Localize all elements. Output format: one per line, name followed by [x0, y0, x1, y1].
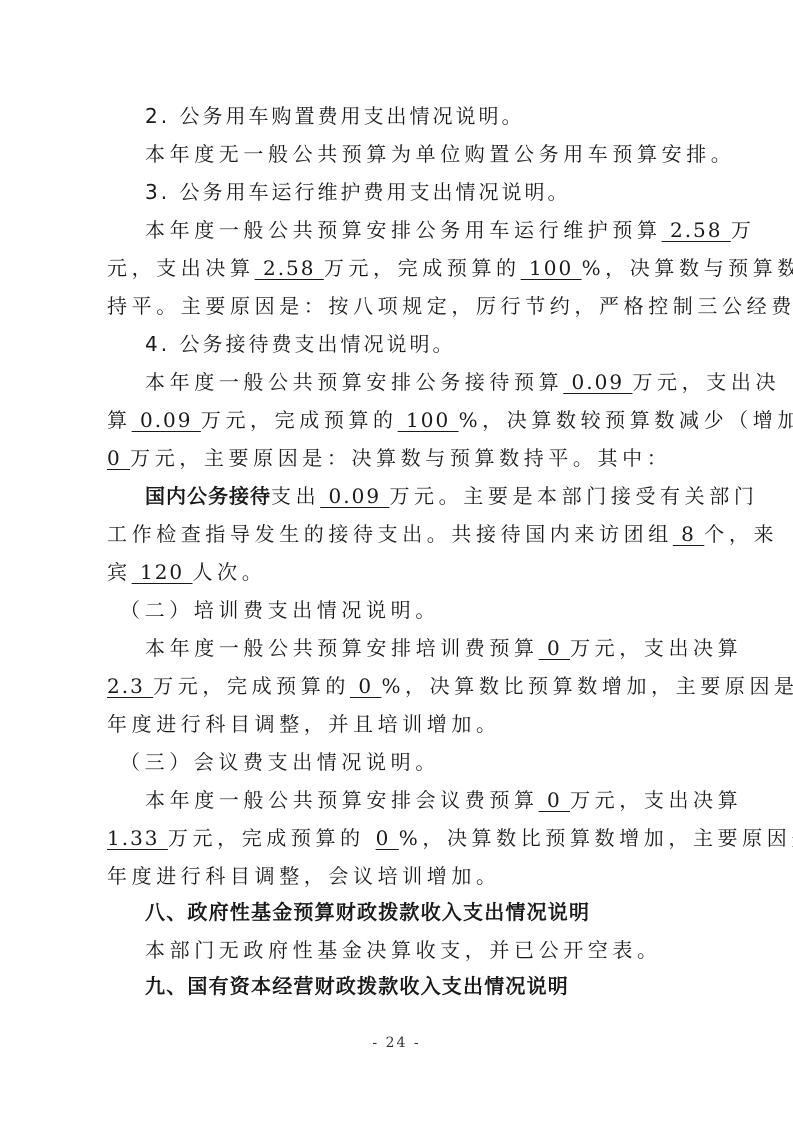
value-underlined: 100 — [398, 408, 459, 432]
text: 本年度一般公共预算安排公务接待预算 — [145, 370, 563, 394]
value-underlined: 0.09 — [320, 484, 389, 508]
value-underlined: 100 — [521, 256, 582, 280]
paragraph-line: 年度进行科目调整，并且培训增加。 — [107, 710, 707, 738]
paragraph-line: 本年度一般公共预算安排会议费预算 0 万元，支出决算 — [145, 786, 707, 814]
paragraph-line: 持平。主要原因是：按八项规定，厉行节约，严格控制三公经费。 — [107, 292, 707, 320]
paragraph-line: 0 万元，主要原因是：决算数与预算数持平。其中： — [107, 444, 707, 472]
paragraph-line: 国内公务接待支出 0.09 万元。主要是本部门接受有关部门 — [145, 482, 707, 510]
text: 万元，完成预算的 — [168, 826, 376, 850]
paragraph-line: 宾 120 人次。 — [107, 558, 707, 586]
value-underlined: 2.58 — [255, 256, 324, 280]
text: 人次。 — [193, 560, 267, 584]
paragraph-line: 本年度一般公共预算安排公务接待预算 0.09 万元，支出决 — [145, 368, 707, 396]
subheading-vehicle-maintenance: 3. 公务用车运行维护费用支出情况说明。 — [145, 178, 707, 206]
value-underlined: 0.09 — [563, 370, 632, 394]
document-page: 2. 公务用车购置费用支出情况说明。 本年度无一般公共预算为单位购置公务用车预算… — [0, 0, 793, 1122]
value-underlined: 2.58 — [662, 218, 731, 242]
paragraph-line: 2.3 万元，完成预算的 0 %，决算数比预算数增加，主要原因是： — [107, 672, 707, 700]
text: 万元，完成预算的 — [153, 674, 350, 698]
text: 万 — [731, 218, 756, 242]
bold-term: 国内公务接待 — [145, 484, 271, 508]
paragraph: 本年度无一般公共预算为单位购置公务用车预算安排。 — [145, 140, 707, 168]
subheading-meeting: （三）会议费支出情况说明。 — [120, 748, 720, 776]
value-underlined: 0 — [376, 826, 399, 850]
page-number: - 24 - — [0, 1035, 793, 1051]
paragraph-line: 本年度一般公共预算安排培训费预算 0 万元，支出决算 — [145, 634, 707, 662]
value-underlined: 0.09 — [132, 408, 201, 432]
paragraph-line: 算 0.09 万元，完成预算的 100 %，决算数较预算数减少（增加） — [107, 406, 707, 434]
paragraph-line: 元，支出决算 2.58 万元，完成预算的 100 %，决算数与预算数 — [107, 254, 707, 282]
value-underlined: 0 — [539, 788, 570, 812]
text: 万元，支出决算 — [570, 788, 742, 812]
paragraph: 本部门无政府性基金决算收支，并已公开空表。 — [145, 936, 707, 964]
paragraph-line: 年度进行科目调整，会议培训增加。 — [107, 862, 707, 890]
subheading-training: （二）培训费支出情况说明。 — [120, 596, 720, 624]
text: 个，来 — [704, 522, 778, 546]
text: 万元，支出决算 — [570, 636, 742, 660]
text: 支出 — [271, 484, 320, 508]
subheading-vehicle-purchase: 2. 公务用车购置费用支出情况说明。 — [145, 102, 707, 130]
paragraph-line: 本年度一般公共预算安排公务用车运行维护预算 2.58 万 — [145, 216, 707, 244]
text: 万元，支出决 — [632, 370, 780, 394]
section-heading-state-capital: 九、国有资本经营财政拨款收入支出情况说明 — [145, 972, 707, 1000]
text: 本年度一般公共预算安排培训费预算 — [145, 636, 539, 660]
text: %，决算数与预算数 — [582, 256, 793, 280]
text: 算 — [107, 408, 132, 432]
text: 万元，完成预算的 — [324, 256, 521, 280]
value-underlined: 0 — [539, 636, 570, 660]
section-heading-government-fund: 八、政府性基金预算财政拨款收入支出情况说明 — [145, 898, 707, 926]
value-underlined: 120 — [132, 560, 193, 584]
text: 元，支出决算 — [107, 256, 255, 280]
text: 万元，主要原因是：决算数与预算数持平。其中： — [130, 446, 671, 470]
paragraph-line: 1.33 万元，完成预算的 0 %，决算数比预算数增加，主要原因是： — [107, 824, 707, 852]
subheading-reception: 4. 公务接待费支出情况说明。 — [145, 330, 707, 358]
value-underlined: 0 — [350, 674, 381, 698]
text: 宾 — [107, 560, 132, 584]
text: 工作检查指导发生的接待支出。共接待国内来访团组 — [107, 522, 673, 546]
value-underlined: 8 — [673, 522, 704, 546]
value-underlined: 1.33 — [107, 826, 168, 850]
text: %，决算数较预算数减少（增加） — [459, 408, 793, 432]
paragraph-line: 工作检查指导发生的接待支出。共接待国内来访团组 8 个，来 — [107, 520, 707, 548]
text: %，决算数比预算数增加，主要原因是： — [381, 674, 793, 698]
text: %，决算数比预算数增加，主要原因是： — [399, 826, 793, 850]
text: 本年度一般公共预算安排会议费预算 — [145, 788, 539, 812]
text: 万元。主要是本部门接受有关部门 — [389, 484, 758, 508]
text: 本年度一般公共预算安排公务用车运行维护预算 — [145, 218, 662, 242]
value-underlined: 0 — [107, 446, 130, 470]
value-underlined: 2.3 — [107, 674, 153, 698]
text: 万元，完成预算的 — [201, 408, 398, 432]
